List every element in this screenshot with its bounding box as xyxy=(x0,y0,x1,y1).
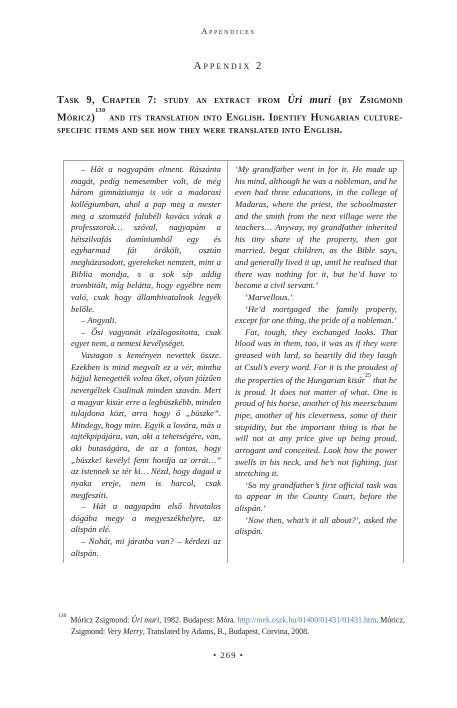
task-title-pre: Task 9, Chapter 7: study an extract from xyxy=(57,95,287,106)
hungarian-paragraph-6: – Nohát, mi járatba van? – kérdezi az al… xyxy=(71,536,221,559)
extract-table: – Hát a nagyapám elment. Rászánta magát,… xyxy=(63,160,404,563)
book-page: Appendices Appendix 2 Task 9, Chapter 7:… xyxy=(0,0,457,708)
footnote-text-4: , Translated by Adams, B., Budapest, Cor… xyxy=(143,627,309,636)
page-number: • 269 • xyxy=(0,650,457,660)
hungarian-paragraph-4: Vastagon s keményen nevettek össze. Ezek… xyxy=(71,350,221,501)
running-head: Appendices xyxy=(0,27,457,36)
kisur-footnote-ref: 25 xyxy=(365,373,371,379)
english-paragraph-6: ‘Now then, what’s it all about?’, asked … xyxy=(235,515,397,538)
english-column: ‘My grandfather went in for it. He made … xyxy=(228,161,404,563)
hungarian-paragraph-1: – Hát a nagyapám elment. Rászánta magát,… xyxy=(71,164,221,315)
hungarian-column: – Hát a nagyapám elment. Rászánta magát,… xyxy=(63,161,228,563)
english-paragraph-5: ‘So my grandfather’s first official task… xyxy=(235,480,397,515)
task-title-post: and its translation into English. Identi… xyxy=(57,112,403,137)
footnote-link[interactable]: http://mek.oszk.hu/01400/01431/01431.htm xyxy=(238,616,377,625)
hungarian-paragraph-5: – Hát a nagyapám első hivatalos dógába m… xyxy=(71,501,221,536)
appendix-title: Appendix 2 xyxy=(0,60,457,72)
english-paragraph-2: ‘Marvellous.’ xyxy=(235,292,397,304)
task-title: Task 9, Chapter 7: study an extract from… xyxy=(57,94,403,138)
footnote-work-title-2: Very Merry xyxy=(107,627,143,636)
footnote-text-1: Móricz Zsigmond: xyxy=(70,616,131,625)
footnote-marker: 130 xyxy=(58,613,66,619)
footnote: 130Móricz Zsigmond: Úri muri, 1982. Buda… xyxy=(57,613,405,637)
english-paragraph-1: ‘My grandfather went in for it. He made … xyxy=(235,164,397,292)
english-paragraph-3: ‘He’d mortgaged the family property, exc… xyxy=(235,304,397,327)
task-footnote-ref: 130 xyxy=(95,107,105,114)
english-paragraph-4: Fat, tough, they exchanged looks. That b… xyxy=(235,327,397,480)
task-work-title: Úri muri xyxy=(287,95,331,106)
english-paragraph-4-text-after: that he is proud. It does not matter of … xyxy=(235,375,397,478)
footnote-work-title-1: Úri muri xyxy=(131,616,159,625)
hungarian-paragraph-3: – Ősi vagyonát elzálogosította, csak egy… xyxy=(71,327,221,350)
hungarian-paragraph-2: – Angyali. xyxy=(71,315,221,327)
footnote-text-2: , 1982. Budapest: Móra. xyxy=(159,616,237,625)
